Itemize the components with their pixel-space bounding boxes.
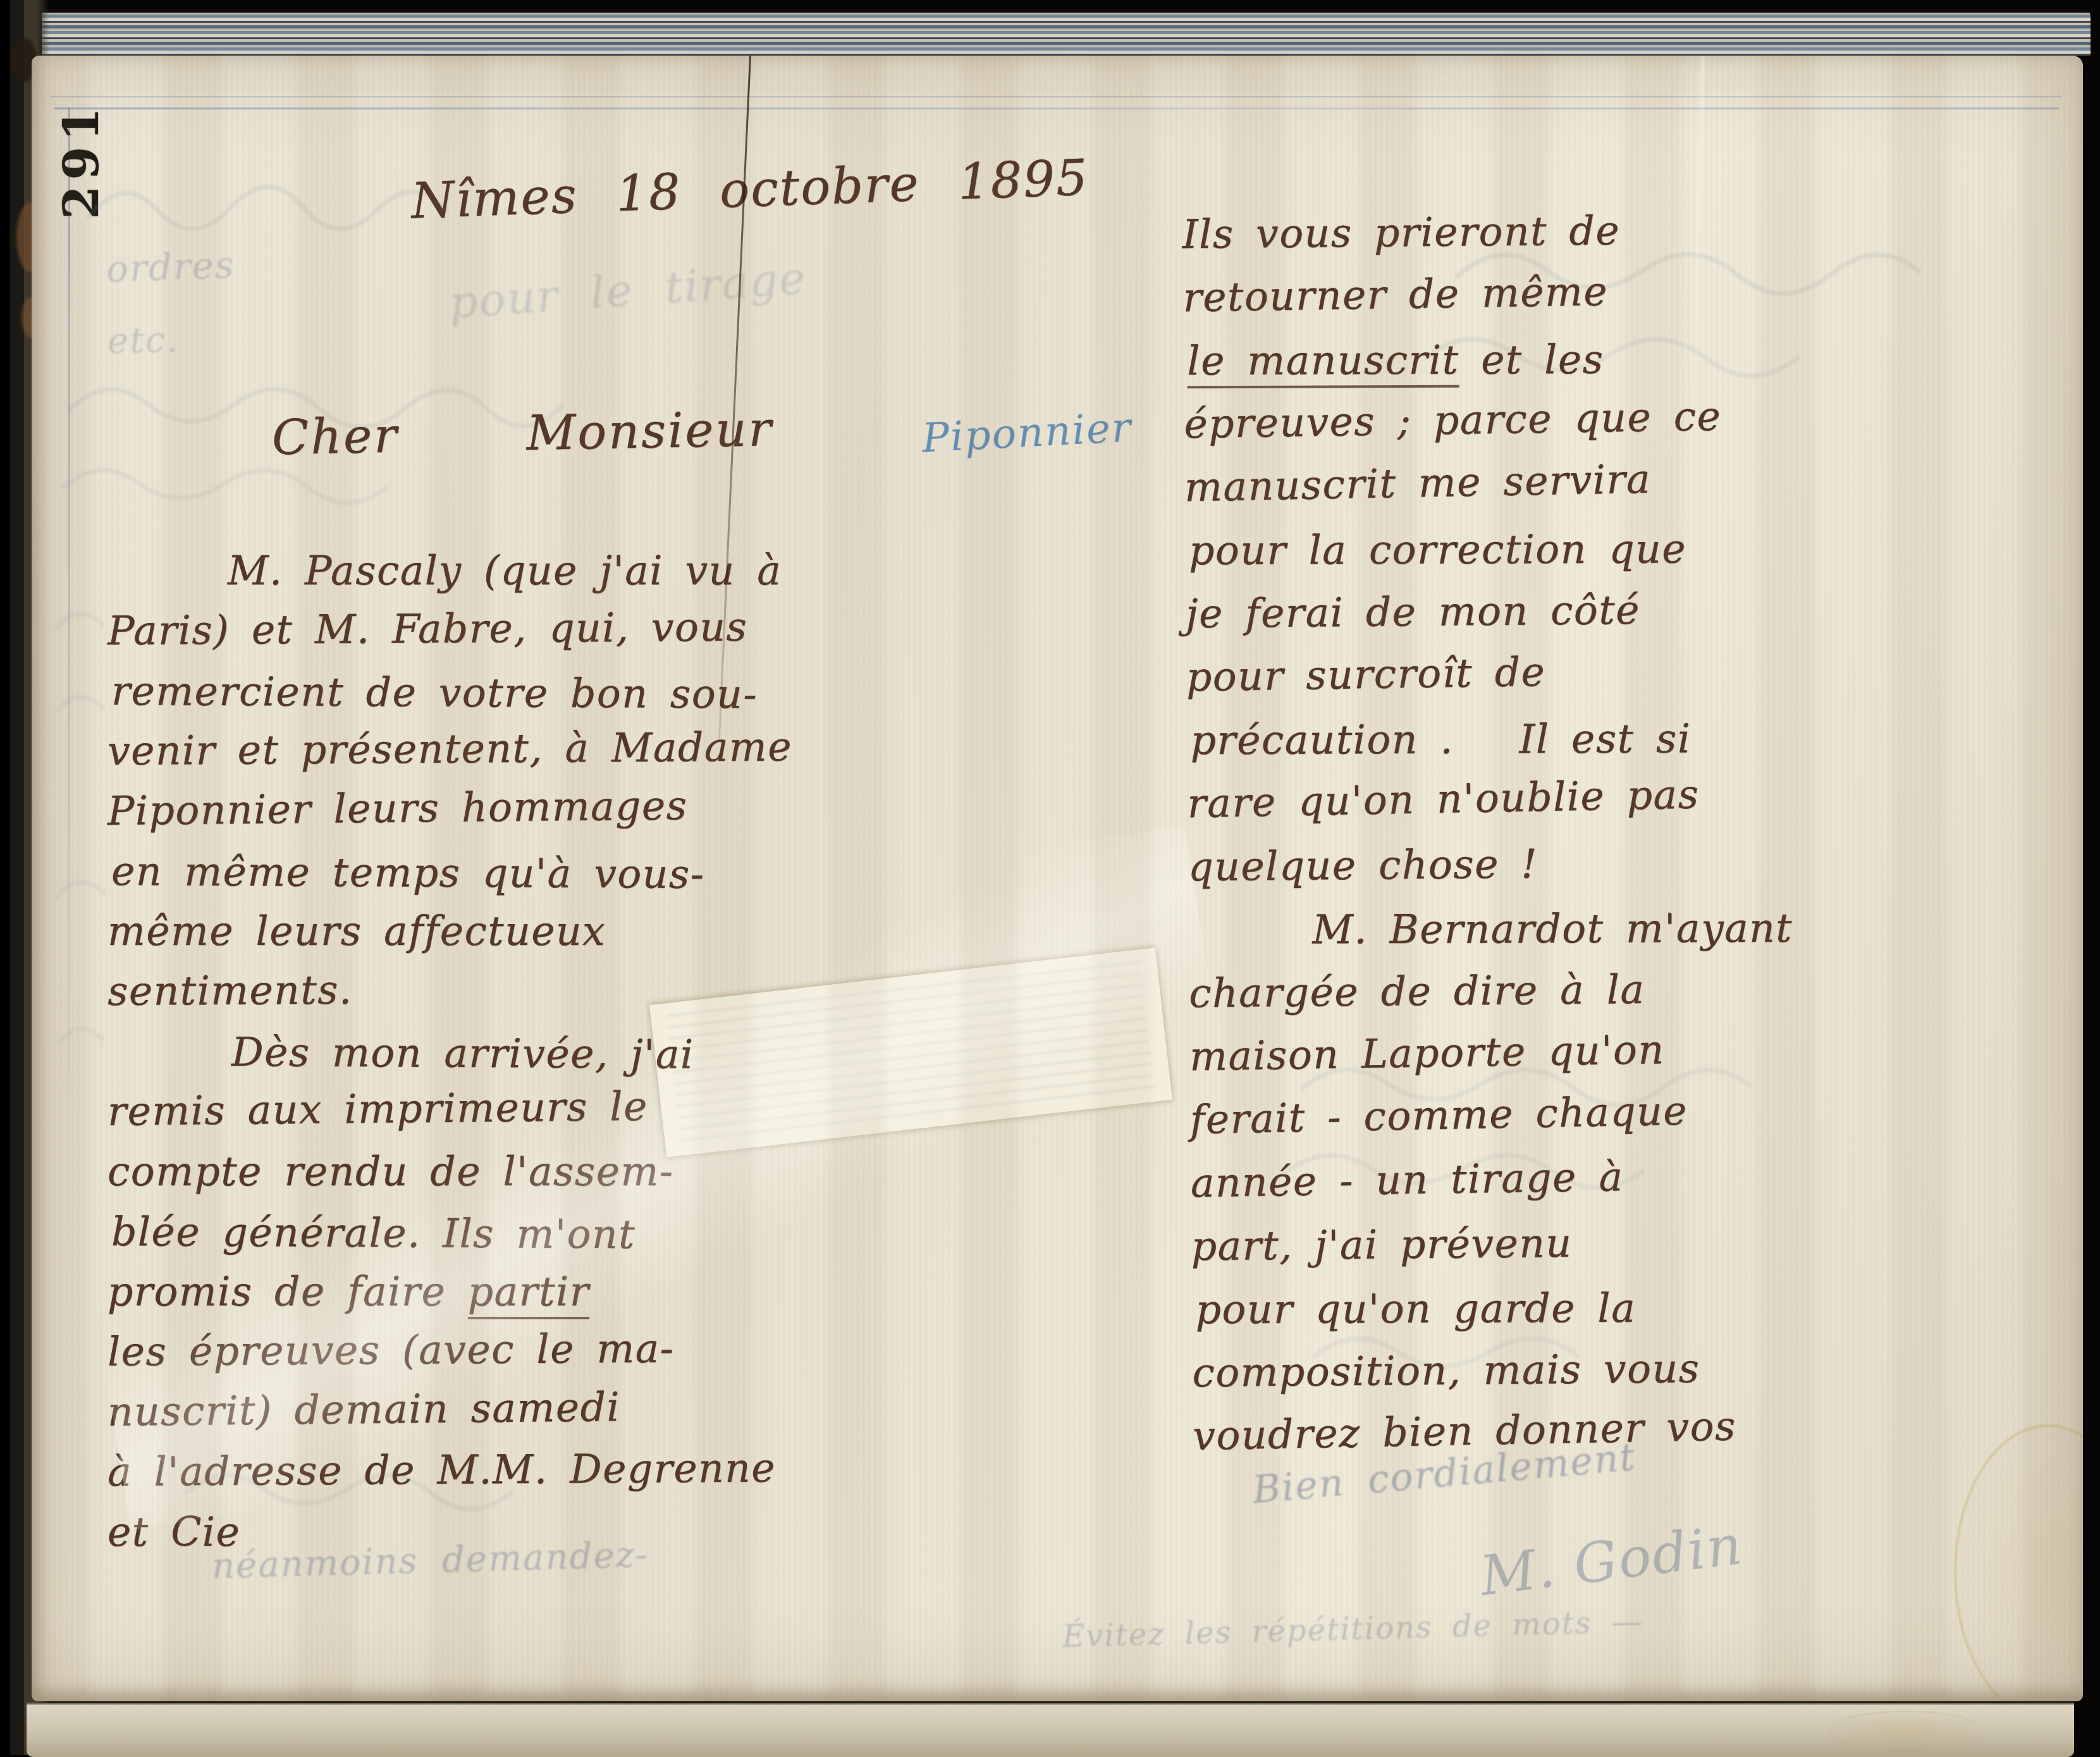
photo-stage: 291 ordres etc. pour le tirage Nîmes 18 … xyxy=(0,0,2100,1755)
manuscript-line: sentiments. xyxy=(107,955,1145,1021)
manuscript-line: même leurs affectueux xyxy=(107,901,1145,961)
manuscript-line: pour la correction que xyxy=(1189,516,2083,583)
manuscript-line: en même temps qu'à vous- xyxy=(111,841,1148,907)
underlined-words: partir xyxy=(468,1269,590,1319)
stain xyxy=(1829,1711,1983,1751)
manuscript-line: à l'adresse de M.M. Degrenne xyxy=(107,1436,1145,1502)
manuscript-line: pour qu'on garde la xyxy=(1195,1275,2083,1341)
manuscript-line: compte rendu de l'assem- xyxy=(107,1142,1145,1202)
manuscript-line: blée générale. Ils m'ont xyxy=(111,1202,1148,1267)
left-column: M. Pascaly (que j'ai vu àParis) et M. Fa… xyxy=(107,541,1145,1562)
manuscript-line: part, j'ai prévenu xyxy=(1191,1207,2083,1278)
pencil-ghost-word: etc. xyxy=(107,319,179,362)
manuscript-line: quelque chose ! xyxy=(1188,828,2083,899)
manuscript-line: M. Pascaly (que j'ai vu à xyxy=(107,541,1145,601)
manuscript-line: année - un tirage à xyxy=(1190,1138,2083,1215)
pencil-ghost-word: ordres xyxy=(106,243,236,290)
manuscript-line: retourner de même xyxy=(1182,253,2083,330)
manuscript-line: les épreuves (avec le ma- xyxy=(107,1316,1145,1382)
manuscript-line: M. Bernardot m'ayant xyxy=(1192,896,2083,962)
right-column: Ils vous prieront deretourner de mêmele … xyxy=(1182,195,2083,1468)
manuscript-line: promis de faire partir xyxy=(107,1262,1145,1322)
next-page-edge xyxy=(27,1703,2074,1755)
salutation: Cher Monsieur xyxy=(271,400,773,465)
manuscript-line: nuscrit) demain samedi xyxy=(107,1372,1145,1442)
manuscript-line: pour surcroît de xyxy=(1186,632,2083,709)
manuscript-line: remis aux imprimeurs le xyxy=(107,1071,1145,1142)
letter-page: 291 ordres etc. pour le tirage Nîmes 18 … xyxy=(32,56,2083,1701)
manuscript-line: Paris) et M. Fabre, qui, vous xyxy=(107,595,1145,661)
underlined-words: le manuscrit xyxy=(1187,337,1459,389)
manuscript-line: Piponnier leurs hommages xyxy=(107,771,1145,841)
manuscript-line: venir et présentent, à Madame xyxy=(107,715,1145,781)
book-page-edges xyxy=(42,9,2091,56)
